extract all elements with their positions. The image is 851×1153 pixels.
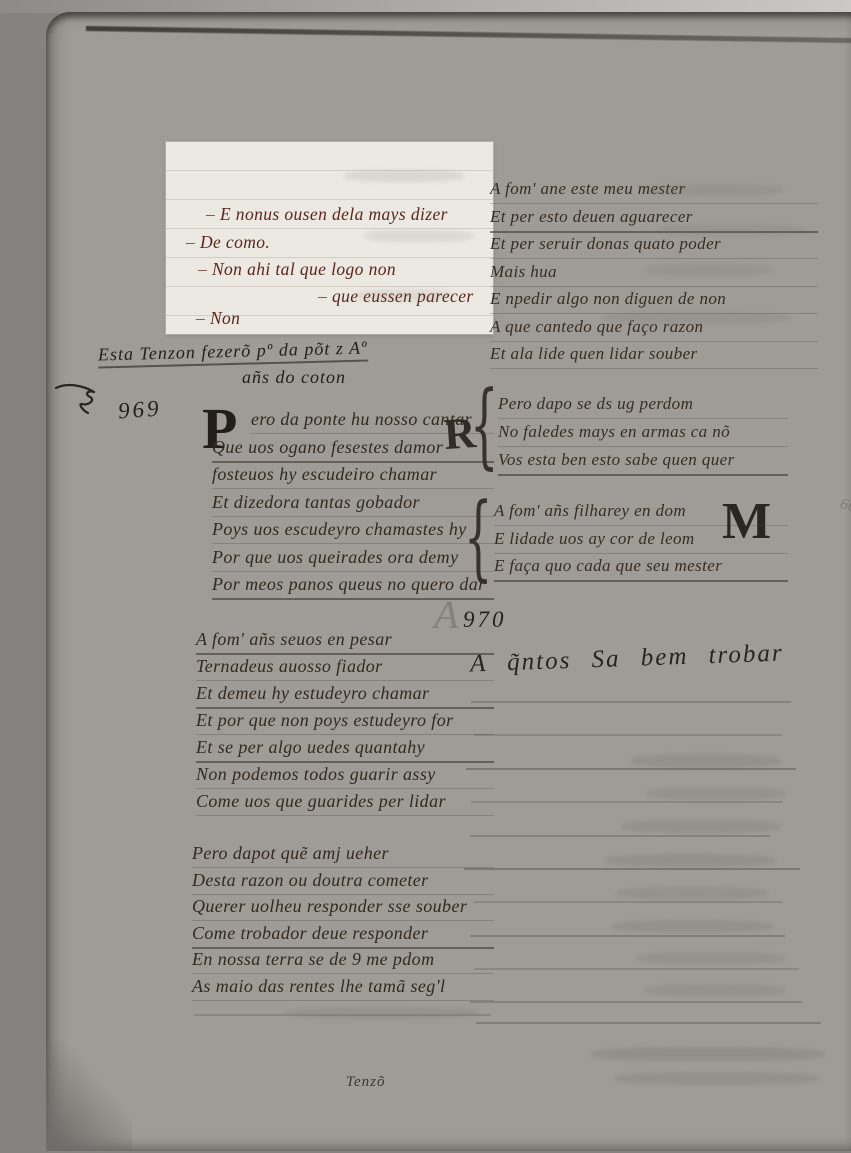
verse-line: Et se per algo uedes quantahy xyxy=(196,736,494,763)
manuscript-page: Esta Tenzon fezerõ pº da põt z Aº añs do… xyxy=(46,12,851,1151)
verse-line: Por meos panos queus no quero dar xyxy=(212,573,494,600)
verse-line: E lidade uos ay cor de leom xyxy=(494,528,788,554)
show-through-smudge xyxy=(604,854,776,867)
verse-line: Et por que non poys estudeyro for xyxy=(196,709,494,735)
verse-line: fosteuos hy escudeiro chamar xyxy=(212,463,494,489)
verse-line: Vos esta ben esto sabe quen quer xyxy=(498,449,788,476)
ruled-line xyxy=(474,734,782,736)
show-through-smudge xyxy=(644,184,784,196)
verse-line: A fom' añs seuos en pesar xyxy=(196,628,494,655)
show-through-smudge xyxy=(636,952,786,964)
highlighted-verse: Non ahi tal que logo non xyxy=(198,259,396,283)
show-through-smudge xyxy=(364,230,474,242)
verse-line: Et ala lide quen lidar souber xyxy=(490,343,818,369)
show-through-smudge xyxy=(644,264,774,276)
manuscript-scan: { "page": { "type": "medieval songbook f… xyxy=(0,0,851,1153)
verse-line: Por que uos queirades ora demy xyxy=(212,546,494,572)
verse-line: Et per seruir donas quato poder xyxy=(490,233,818,259)
show-through-smudge xyxy=(611,920,773,933)
page-top-edge xyxy=(86,26,851,44)
highlighted-verse: De como. xyxy=(186,232,270,256)
cantiga-number-969: 969 xyxy=(117,397,162,423)
highlighted-verse: E nonus ousen dela mays dizer xyxy=(206,204,448,228)
ruled-line xyxy=(470,935,785,937)
highlighted-verse: Non xyxy=(196,308,240,332)
catchword: Tenzõ xyxy=(346,1075,385,1090)
show-through-smudge xyxy=(344,170,464,182)
verse-line: Ternadeus auosso fiador xyxy=(196,655,494,681)
margin-number-mark: 66 xyxy=(838,496,851,515)
ruled-line xyxy=(471,701,791,703)
verse-line: Pero dapo se ds ug perdom xyxy=(498,393,788,419)
show-through-smudge xyxy=(656,224,806,236)
verse-line: Come trobador deue responder xyxy=(192,922,494,949)
rubric-attribution-line1: Esta Tenzon fezerõ pº da põt z Aº xyxy=(98,338,368,368)
ruled-line xyxy=(470,835,770,837)
verse-line: Que uos ogano fesestes damor xyxy=(212,436,494,463)
show-through-smudge xyxy=(614,1072,819,1085)
ruled-line xyxy=(471,801,783,803)
verse-line: As maio das rentes lhe tamã seg'l xyxy=(192,975,494,1001)
verse-line: E faça quo cada que seu mester xyxy=(494,555,788,582)
verse-line: Pero dapot quẽ amj ueher xyxy=(192,842,494,868)
verse-line: ero da ponte hu nosso cantar xyxy=(251,408,494,434)
show-through-smudge xyxy=(631,754,781,768)
ruled-line xyxy=(476,1022,821,1024)
verse-line: Desta razon ou doutra cometer xyxy=(192,869,494,895)
ruled-line xyxy=(470,1001,802,1003)
margin-flourish xyxy=(54,380,112,418)
show-through-smudge xyxy=(616,887,768,900)
show-through-smudge xyxy=(644,984,786,996)
ruled-line xyxy=(474,968,799,970)
ruled-line xyxy=(464,868,800,870)
show-through-smudge xyxy=(646,787,786,800)
show-through-smudge xyxy=(354,290,454,301)
verse-line: No faledes mays en armas ca nõ xyxy=(498,421,788,447)
page-corner-shadow xyxy=(46,1041,132,1151)
verse-line: Et dizedora tantas gobador xyxy=(212,491,494,517)
rubric-attribution-line2: añs do coton xyxy=(242,368,346,386)
show-through-smudge xyxy=(284,1007,479,1019)
show-through-smudge xyxy=(621,820,781,833)
ruled-line xyxy=(474,901,782,903)
verse-line: Non podemos todos guarir assy xyxy=(196,763,494,789)
verse-line: A fom' añs filharey en dom xyxy=(494,500,788,526)
verse-line: En nossa terra se de 9 me pdom xyxy=(192,948,494,974)
verse-line: Poys uos escudeyro chamastes hy xyxy=(212,518,494,544)
verse-line: Et demeu hy estudeyro chamar xyxy=(196,682,494,709)
next-cantiga-heading: A q̃ntos Sa bem trobar xyxy=(470,641,784,677)
show-through-smudge xyxy=(591,1047,826,1061)
ruled-line xyxy=(466,768,796,770)
verse-line: Querer uolheu responder sse souber xyxy=(192,895,494,921)
verse-line: Come uos que guarides per lidar xyxy=(196,790,494,816)
verse-line: E npedir algo non diguen de non xyxy=(490,288,818,314)
show-through-smudge xyxy=(602,312,792,324)
